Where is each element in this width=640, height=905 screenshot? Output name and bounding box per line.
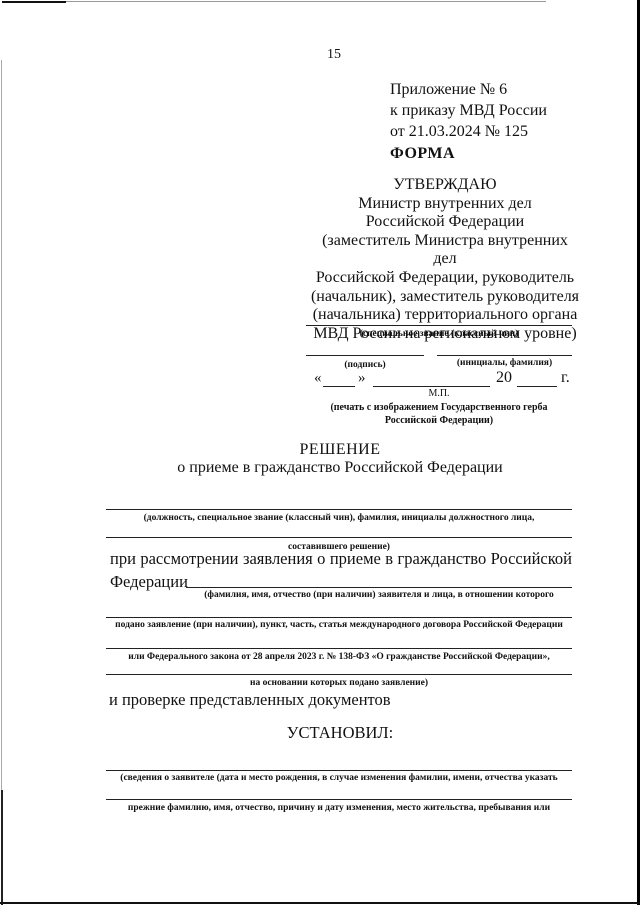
consideration-text: при рассмотрении заявления о приеме в гр… bbox=[110, 549, 572, 569]
appendix-block: Приложение № 6 к приказу МВД России от 2… bbox=[390, 79, 547, 142]
word: рассмотрении bbox=[140, 549, 238, 569]
signature-field-line[interactable] bbox=[306, 355, 424, 356]
applicant-caption-3: или Федерального закона от 28 апреля 202… bbox=[106, 652, 572, 662]
applicant-field-line-3[interactable] bbox=[106, 648, 572, 649]
decision-title: РЕШЕНИЕ bbox=[0, 441, 640, 459]
applicant-info-caption-2: прежние фамилию, имя, отчество, причину … bbox=[106, 803, 572, 813]
word: Российской bbox=[491, 549, 572, 569]
year-suffix: г. bbox=[561, 369, 570, 387]
appendix-line-1: Приложение № 6 bbox=[390, 79, 547, 100]
approval-line: (начальник), заместитель руководителя bbox=[310, 288, 580, 307]
federation-word: Федерации bbox=[110, 572, 188, 592]
approval-block: УТВЕРЖДАЮ Министр внутренних дел Российс… bbox=[310, 176, 580, 343]
approval-line: Российской Федерации, руководитель bbox=[310, 269, 580, 288]
approval-line: (начальника) территориального органа bbox=[310, 306, 580, 325]
official-field-line-2[interactable] bbox=[106, 537, 572, 538]
rank-field-line[interactable] bbox=[306, 325, 572, 326]
date-day-field[interactable] bbox=[323, 386, 355, 387]
applicant-caption-1: (фамилия, имя, отчество (при наличии) за… bbox=[186, 590, 572, 600]
appendix-line-2: к приказу МВД России bbox=[390, 100, 547, 121]
date-close-quote: » bbox=[358, 370, 366, 387]
signature-caption: (подпись) bbox=[306, 360, 424, 370]
scan-border-bottom bbox=[0, 902, 640, 904]
scan-border-top-thin bbox=[66, 1, 546, 2]
stamp-caption-2: Российской Федерации) bbox=[306, 415, 572, 426]
appendix-line-3: от 21.03.2024 № 125 bbox=[390, 121, 547, 142]
page-number: 15 bbox=[327, 47, 341, 63]
verification-text: и проверке представленных документов bbox=[109, 690, 391, 710]
approval-line: Министр внутренних дел bbox=[310, 195, 580, 214]
year-prefix: 20 bbox=[496, 369, 512, 387]
approval-line: Российской Федерации bbox=[310, 213, 580, 232]
word: приеме bbox=[330, 549, 381, 569]
date-month-field[interactable] bbox=[373, 386, 490, 387]
scan-border-top bbox=[2, 1, 66, 3]
scan-border-left-dark bbox=[1, 790, 3, 905]
date-year-field[interactable] bbox=[517, 386, 557, 387]
word: гражданство bbox=[397, 549, 486, 569]
word: о bbox=[317, 549, 325, 569]
official-caption-1: (должность, специальное звание (классный… bbox=[106, 513, 572, 523]
stamp-label: М.П. bbox=[306, 388, 572, 399]
applicant-info-field-line-1[interactable] bbox=[106, 770, 572, 771]
official-field-line-1[interactable] bbox=[106, 509, 572, 510]
initials-caption: (инициалы, фамилия) bbox=[437, 358, 572, 368]
form-label: ФОРМА bbox=[390, 145, 455, 163]
approval-line: (заместитель Министра внутренних дел bbox=[310, 232, 580, 269]
word: в bbox=[385, 549, 393, 569]
applicant-caption-4: на основании которых подано заявление) bbox=[106, 678, 572, 688]
scan-border-left bbox=[1, 60, 2, 905]
established-heading: УСТАНОВИЛ: bbox=[0, 723, 640, 743]
applicant-info-caption-1: (сведения о заявителе (дата и место рожд… bbox=[106, 773, 572, 783]
applicant-field-line-4[interactable] bbox=[106, 674, 572, 675]
document-page: 15 Приложение № 6 к приказу МВД России о… bbox=[0, 0, 640, 905]
rank-caption: (специальное звание (классный чин) bbox=[306, 329, 572, 339]
applicant-info-field-line-2[interactable] bbox=[106, 799, 572, 800]
stamp-caption-1: (печать с изображением Государственного … bbox=[306, 402, 572, 413]
applicant-field-line-1[interactable] bbox=[186, 587, 572, 588]
applicant-field-line-2[interactable] bbox=[106, 617, 572, 618]
date-open-quote: « bbox=[314, 370, 322, 387]
initials-field-line[interactable] bbox=[437, 355, 572, 356]
word: при bbox=[110, 549, 136, 569]
word: заявления bbox=[243, 549, 313, 569]
approval-heading: УТВЕРЖДАЮ bbox=[310, 176, 580, 195]
decision-subtitle: о приеме в гражданство Российской Федера… bbox=[0, 459, 640, 477]
applicant-caption-2: подано заявление (при наличии), пункт, ч… bbox=[106, 620, 572, 630]
